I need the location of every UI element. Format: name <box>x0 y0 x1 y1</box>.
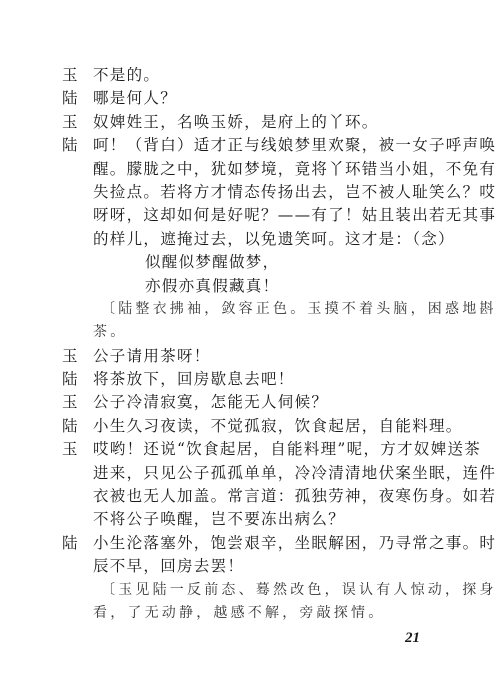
stage-direction-text: 〔陆整衣拂袖，敛容正色。玉摸不着头脑，困惑地斟 <box>101 298 495 321</box>
dialogue-text: 呵！（背白）适才正与线娘梦里欢聚，被一女子呼声唤 <box>93 134 495 157</box>
dialogue-text: 哪是何人？ <box>93 87 177 110</box>
dialogue-line: 陆呵！（背白）适才正与线娘梦里欢聚，被一女子呼声唤 <box>0 134 495 157</box>
stage-direction-text: 茶。 <box>93 321 127 344</box>
dialogue-continuation: 醒。朦胧之中，犹如梦境，竟将丫环错当小姐，不免有 <box>0 158 495 181</box>
dialogue-text: 将茶放下，回房歇息去吧！ <box>93 368 295 391</box>
dialogue-line: 陆哪是何人？ <box>0 87 495 110</box>
dialogue-text: 醒。朦胧之中，犹如梦境，竟将丫环错当小姐，不免有 <box>93 158 495 181</box>
stage-direction-continuation: 看，了无动静，越感不解，旁敲探情。 <box>0 602 495 625</box>
dialogue-line: 玉公子冷清寂寞，怎能无人伺候？ <box>0 391 495 414</box>
dialogue-line: 玉奴婢姓王，名唤玉娇，是府上的丫环。 <box>0 111 495 134</box>
page-number: 21 <box>405 630 420 647</box>
dialogue-continuation: 呀呀，这却如何是好呢？——有了！姑且装出若无其事 <box>0 204 495 227</box>
dialogue-text: 奴婢姓王，名唤玉娇，是府上的丫环。 <box>93 111 379 134</box>
dialogue-continuation: 衣被也无人加盖。常言道：孤独劳神，夜寒伤身。如若 <box>0 485 495 508</box>
speaker-name: 玉 <box>62 391 78 414</box>
speaker-name: 陆 <box>62 368 78 391</box>
dialogue-continuation: 失捡点。若将方才情态传扬出去，岂不被人耻笑么？哎 <box>0 181 495 204</box>
dialogue-text: 公子请用茶呀！ <box>93 345 211 368</box>
stage-direction-text: 〔玉见陆一反前态、蓦然改色，误认有人惊动，探身察 <box>101 579 495 602</box>
dialogue-text: 呀呀，这却如何是好呢？——有了！姑且装出若无其事 <box>93 204 495 227</box>
stage-direction: 〔玉见陆一反前态、蓦然改色，误认有人惊动，探身察 <box>0 579 495 602</box>
dialogue-line: 玉不是的。 <box>0 64 495 87</box>
dialogue-continuation: 的样儿，遮掩过去，以免遗笑呵。这才是：（念） <box>0 228 495 251</box>
verse-text: 亦假亦真假藏真！ <box>145 275 279 298</box>
dialogue-line: 陆小生沦落塞外，饱尝艰辛，坐眠解困，乃寻常之事。时 <box>0 532 495 555</box>
dialogue-text: 不将公子唤醒，岂不要冻出病么？ <box>93 508 345 531</box>
speaker-name: 玉 <box>62 64 78 87</box>
stage-direction-text: 看，了无动静，越感不解，旁敲探情。 <box>93 602 385 625</box>
speaker-name: 陆 <box>62 415 78 438</box>
speaker-name: 陆 <box>62 87 78 110</box>
dialogue-text: 衣被也无人加盖。常言道：孤独劳神，夜寒伤身。如若 <box>93 485 495 508</box>
stage-direction: 〔陆整衣拂袖，敛容正色。玉摸不着头脑，困惑地斟 <box>0 298 495 321</box>
dialogue-text: 的样儿，遮掩过去，以免遗笑呵。这才是：（念） <box>93 228 455 251</box>
dialogue-continuation: 进来，只见公子孤孤单单，冷冷清清地伏案坐眠，连件 <box>0 462 495 485</box>
dialogue-continuation: 辰不早，回房去罢！ <box>0 555 495 578</box>
script-page: 玉不是的。 陆哪是何人？ 玉奴婢姓王，名唤玉娇，是府上的丫环。 陆呵！（背白）适… <box>0 64 495 625</box>
verse-line: 亦假亦真假藏真！ <box>0 275 495 298</box>
dialogue-line: 玉公子请用茶呀！ <box>0 345 495 368</box>
verse-text: 似醒似梦醒做梦， <box>145 251 279 274</box>
stage-direction-continuation: 茶。 <box>0 321 495 344</box>
dialogue-text: 小生久习夜读，不觉孤寂，饮食起居，自能料理。 <box>93 415 463 438</box>
speaker-name: 玉 <box>62 111 78 134</box>
dialogue-text: 进来，只见公子孤孤单单，冷冷清清地伏案坐眠，连件 <box>93 462 495 485</box>
verse-line: 似醒似梦醒做梦， <box>0 251 495 274</box>
speaker-name: 陆 <box>62 532 78 555</box>
dialogue-text: 失捡点。若将方才情态传扬出去，岂不被人耻笑么？哎 <box>93 181 495 204</box>
dialogue-text: 公子冷清寂寞，怎能无人伺候？ <box>93 391 328 414</box>
dialogue-text: 不是的。 <box>93 64 160 87</box>
speaker-name: 陆 <box>62 134 78 157</box>
dialogue-line: 陆将茶放下，回房歇息去吧！ <box>0 368 495 391</box>
dialogue-continuation: 不将公子唤醒，岂不要冻出病么？ <box>0 508 495 531</box>
speaker-name: 玉 <box>62 438 78 461</box>
speaker-name: 玉 <box>62 345 78 368</box>
dialogue-line: 陆小生久习夜读，不觉孤寂，饮食起居，自能料理。 <box>0 415 495 438</box>
dialogue-text: 小生沦落塞外，饱尝艰辛，坐眠解困，乃寻常之事。时 <box>93 532 495 555</box>
dialogue-line: 玉哎哟！还说“饮食起居，自能料理”呢，方才奴婢送茶 <box>0 438 495 461</box>
dialogue-text: 辰不早，回房去罢！ <box>93 555 244 578</box>
dialogue-text: 哎哟！还说“饮食起居，自能料理”呢，方才奴婢送茶 <box>93 438 481 461</box>
